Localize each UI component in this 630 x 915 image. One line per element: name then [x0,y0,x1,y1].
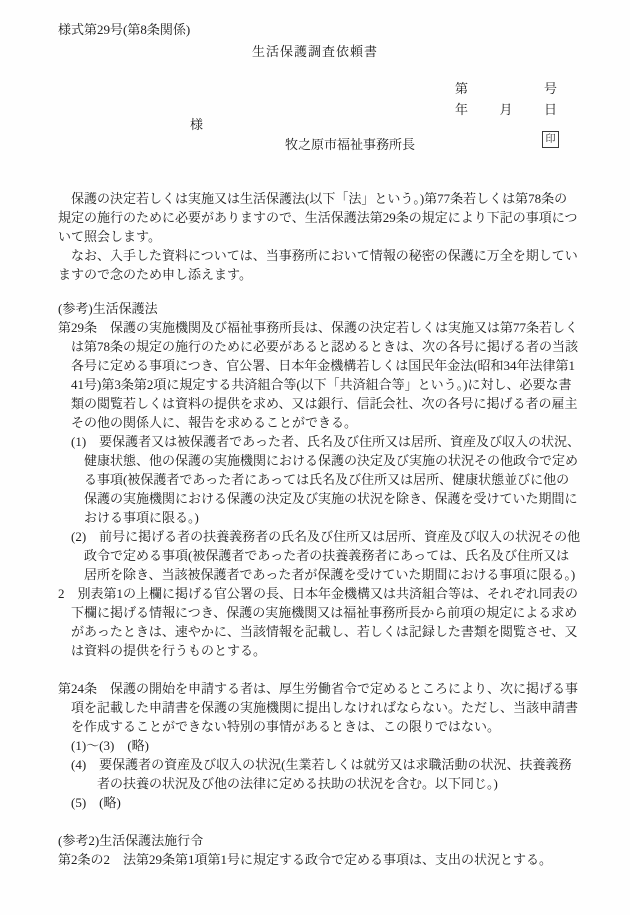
text-line: 規定の施行のために必要がありますので、生活保護法第29条の規定により下記の事項に… [58,208,610,227]
preamble: 保護の決定若しくは実施又は生活保護法(以下「法」という。)第77条若しくは第78… [58,189,610,284]
text-line: る事項(被保護者であった者にあっては氏名及び住所又は居所、健康状態並びに他の [58,470,610,489]
text-line: (1)～(3) (略) [58,736,610,755]
text-line: 健康状態、他の保護の実施機関における保護の決定及び実施の状況その他政令で定め [58,451,610,470]
text-line: 保護の決定若しくは実施又は生活保護法(以下「法」という。)第77条若しくは第78… [58,189,610,208]
text-line: 2 別表第1の上欄に掲げる官公署の長、日本年金機構又は共済組合等は、それぞれ同表… [58,584,610,603]
text-line: 第2条の2 法第29条第1項第1号に規定する政令で定める事項は、支出の状況とする… [58,850,610,869]
doc-number-prefix: 第 [455,78,468,97]
text-line: いて照会します。 [58,227,610,246]
text-line: 居所を除き、当該被保護者であった者が保護を受けていた期間における事項に限る。) [58,565,610,584]
document-body: 保護の決定若しくは実施又は生活保護法(以下「法」という。)第77条若しくは第78… [58,189,610,869]
text-line: 政令で定める事項(被保護者であった者の扶養義務者にあっては、氏名及び住所又は [58,546,610,565]
document-number-line: 第 号 [455,78,557,97]
reference2-heading: (参考2)生活保護法施行令 [58,831,610,850]
text-line: なお、入手した資料については、当事務所において情報の秘密の保護に万全を期してい [58,246,610,265]
article-24: 第24条 保護の開始を申請する者は、厚生労働省令で定めるところにより、次に掲げる… [58,679,610,812]
article-29: 第29条 保護の実施機関及び福祉事務所長は、保護の決定若しくは実施又は第77条若… [58,318,610,660]
text-line: その他の関係人に、報告を求めることができる。 [58,413,610,432]
addressee-honorific: 様 [190,114,203,133]
text-line: を作成することができない特別の事情があるときは、この限りではない。 [58,717,610,736]
text-line: 第29条 保護の実施機関及び福祉事務所長は、保護の決定若しくは実施又は第77条若… [58,318,610,337]
text-line: 各号に定める事項につき、官公署、日本年金機構若しくは国民年金法(昭和34年法律第… [58,356,610,375]
sender-title: 牧之原市福祉事務所長 [285,134,415,153]
document-title: 生活保護調査依頼書 [0,41,630,60]
date-day-label: 日 [544,99,557,118]
seal-mark: 印 [542,131,559,148]
date-month-label: 月 [499,99,512,118]
document-page: 様式第29号(第8条関係) 生活保護調査依頼書 第 号 年 月 日 様 牧之原市… [0,0,630,915]
text-line: (2) 前号に掲げる者の扶養義務者の氏名及び住所又は居所、資産及び収入の状況その… [58,527,610,546]
text-line: 第24条 保護の開始を申請する者は、厚生労働省令で定めるところにより、次に掲げる… [58,679,610,698]
reference1-heading: (参考)生活保護法 [58,299,610,318]
text-line: (4) 要保護者の資産及び収入の状況(生業若しくは就労又は求職活動の状況、扶養義… [58,755,610,774]
text-line: は資料の提供を行うものとする。 [58,641,610,660]
text-line: 下欄に掲げる情報につき、保護の実施機関又は福祉事務所長から前項の規定による求め [58,603,610,622]
text-line: 項を記載した申請書を保護の実施機関に提出しなければならない。ただし、当該申請書 [58,698,610,717]
date-line: 年 月 日 [455,99,557,118]
text-line: 41号)第3条第2項に規定する共済組合等(以下「共済組合等」という。)に対し、必… [58,375,610,394]
form-number: 様式第29号(第8条関係) [58,19,190,38]
text-line: 保護の実施機関における保護の決定及び実施の状況を除き、保護を受けていた期間に [58,489,610,508]
text-line: (5) (略) [58,793,610,812]
text-line: 類の閲覧若しくは資料の提供を求め、又は銀行、信託会社、次の各号に掲げる者の雇主 [58,394,610,413]
text-line: おける事項に限る。) [58,508,610,527]
text-line: ますので念のため申し添えます。 [58,265,610,284]
text-line: があったときは、速やかに、当該情報を記載し、若しくは記録した書類を閲覧させ、又 [58,622,610,641]
text-line: 者の扶養の状況及び他の法律に定める扶助の状況を含む。以下同じ。) [58,774,610,793]
article-2-2: 第2条の2 法第29条第1項第1号に規定する政令で定める事項は、支出の状況とする… [58,850,610,869]
doc-number-suffix: 号 [544,78,557,97]
text-line: (1) 要保護者又は被保護者であった者、氏名及び住所又は居所、資産及び収入の状況… [58,432,610,451]
date-year-label: 年 [455,99,468,118]
text-line: は第78条の規定の施行のために必要があると認めるときは、次の各号に掲げる者の当該 [58,337,610,356]
